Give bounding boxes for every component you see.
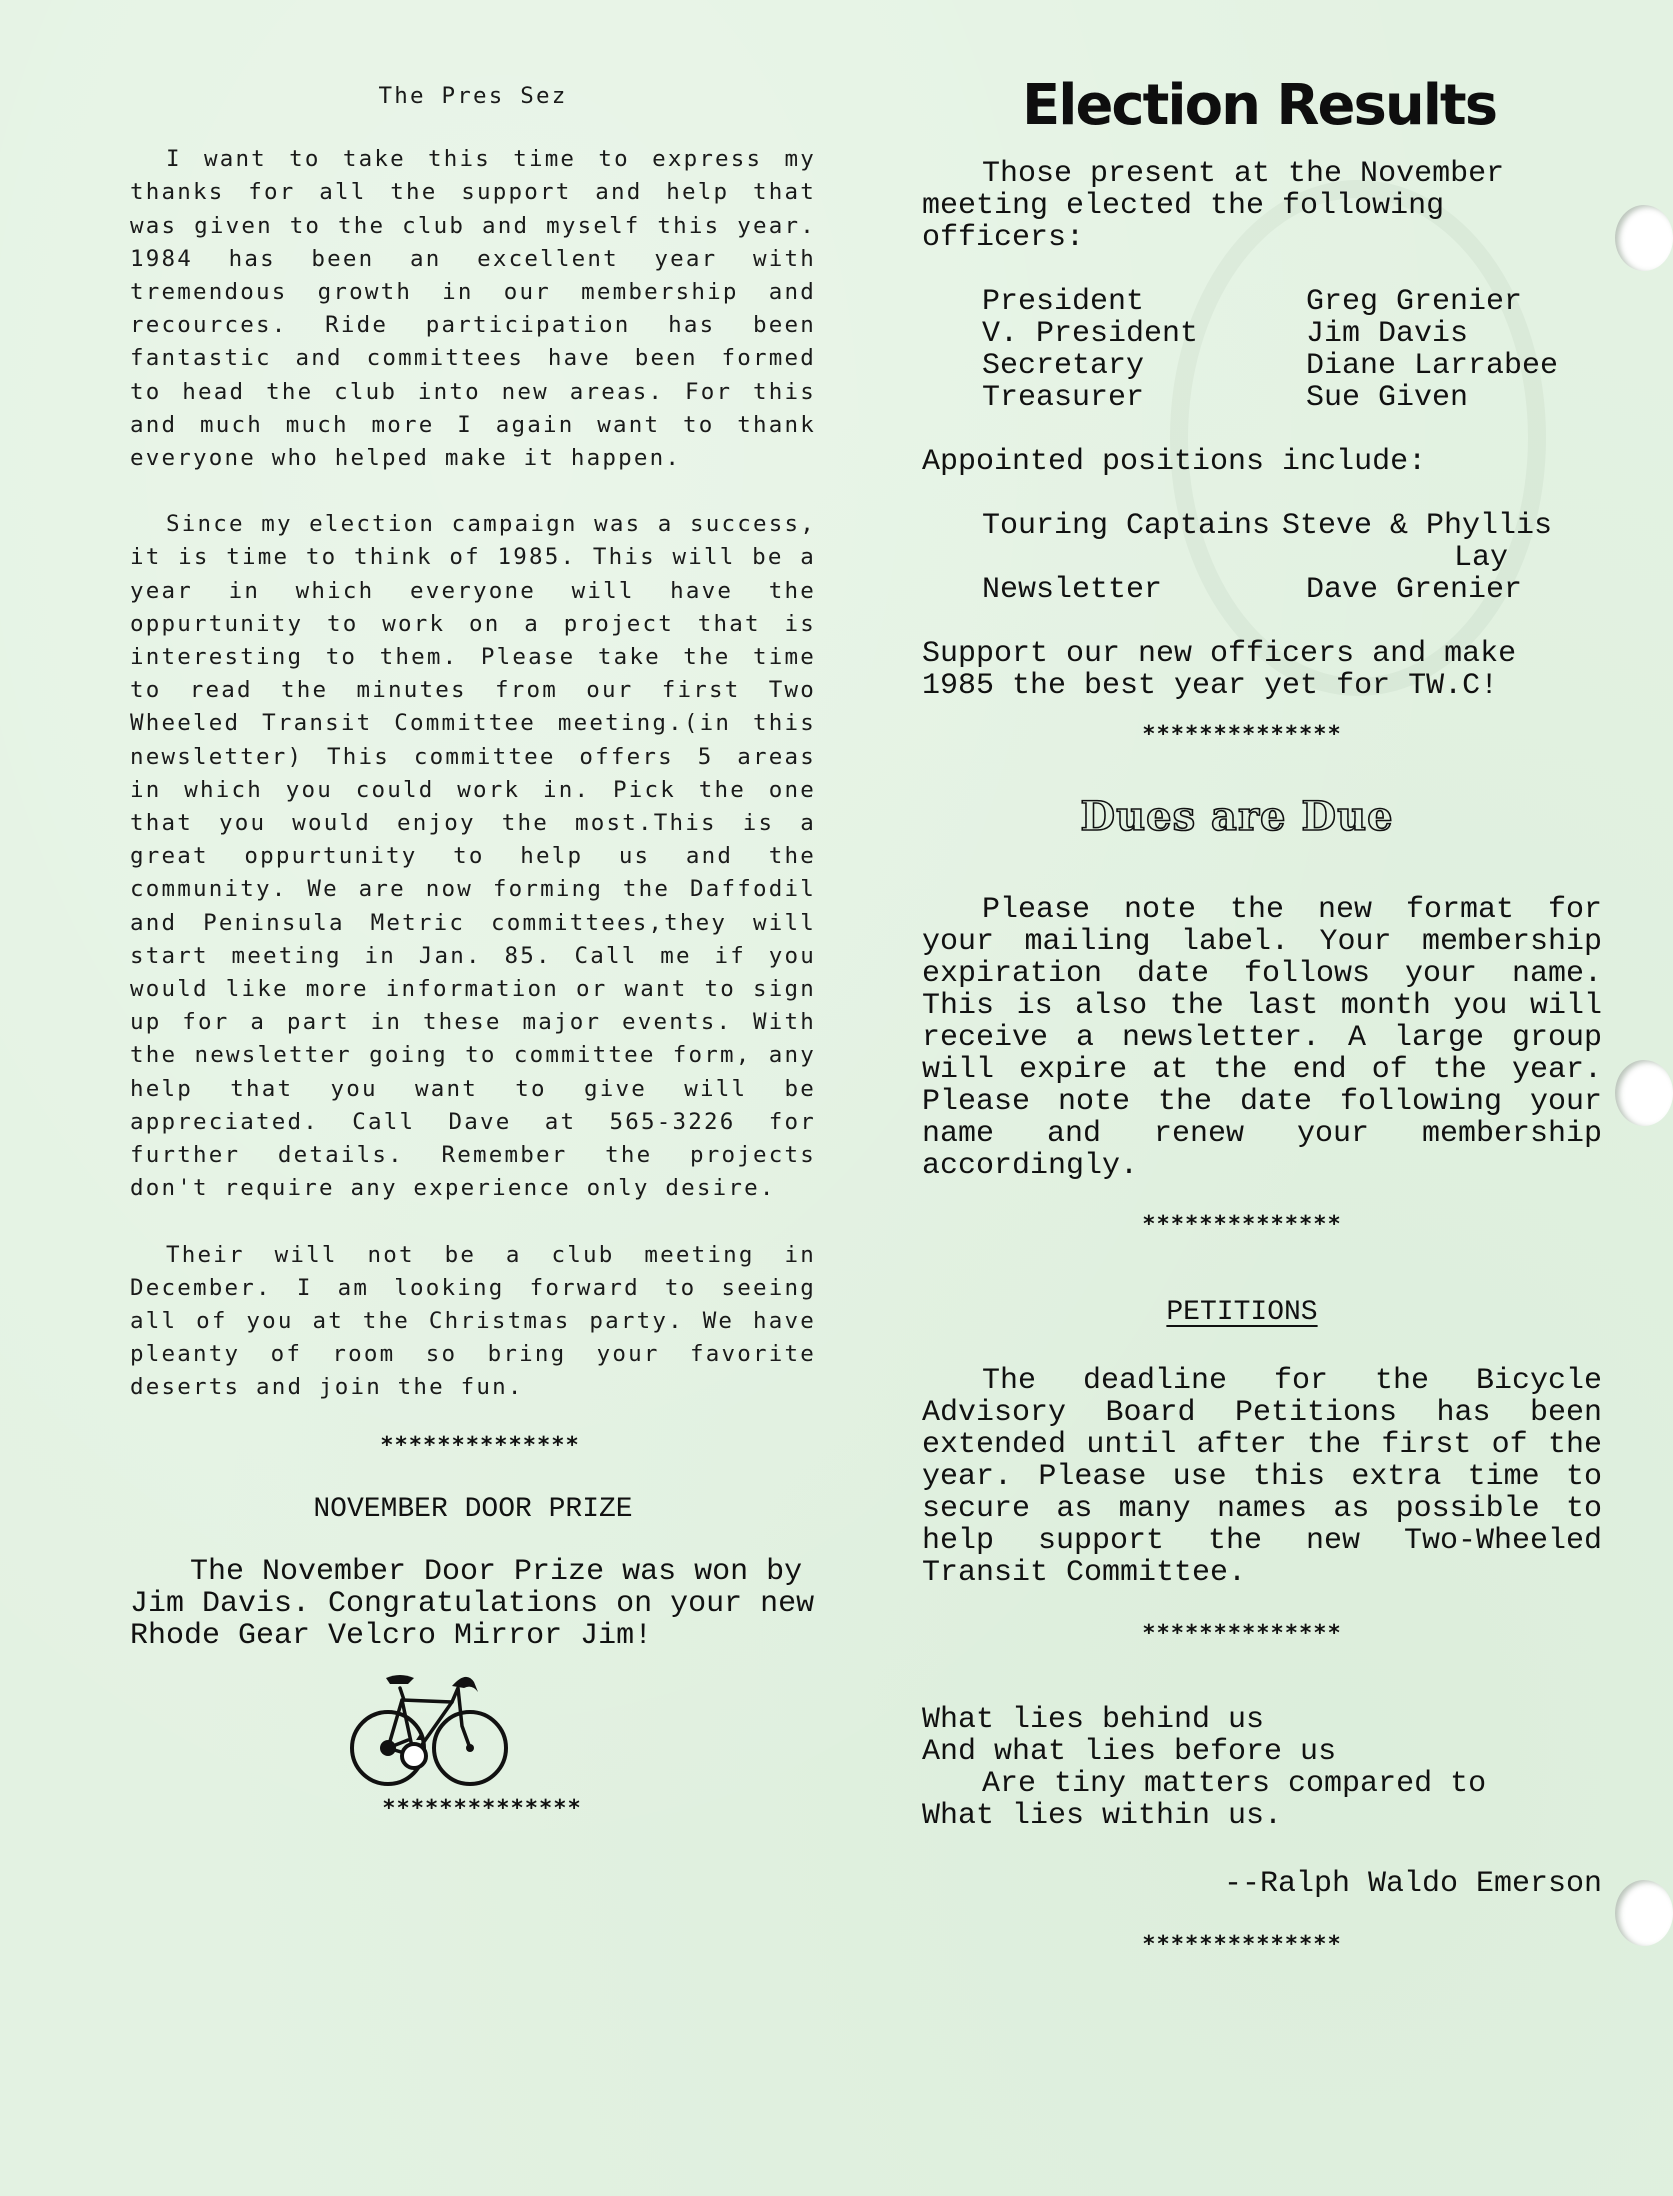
appointed-role: Newsletter (982, 574, 1282, 606)
dues-title: Dues are Due (922, 793, 1622, 840)
separator: ************** (130, 1796, 816, 1821)
officer-row: TreasurerSue Given (982, 382, 1558, 414)
officer-role: Secretary (982, 350, 1282, 382)
officer-row: SecretaryDiane Larrabee (982, 350, 1558, 382)
quote-line: Are tiny matters compared to (922, 1768, 1622, 1800)
officers-table: PresidentGreg GrenierV. PresidentJim Dav… (982, 286, 1558, 414)
petitions-text: The deadline for the Bicycle Advisory Bo… (922, 1365, 1622, 1589)
quote-line: What lies within us. (922, 1800, 1622, 1832)
newsletter-page: The Pres Sez I want to take this time to… (0, 0, 1673, 2196)
pres-paragraph-3: Their will not be a club meeting in Dece… (130, 1239, 816, 1405)
dues-text: Please note the new format for your mail… (922, 894, 1622, 1182)
officer-name: Diane Larrabee (1282, 350, 1558, 382)
door-prize-title: NOVEMBER DOOR PRIZE (130, 1494, 816, 1526)
right-column: Election Results Those present at the No… (922, 74, 1622, 1957)
left-column: The Pres Sez I want to take this time to… (130, 80, 816, 1821)
appointed-role: Touring Captains (982, 510, 1282, 574)
appointed-name-line: Steve & Phyllis (1282, 510, 1552, 542)
officer-name: Jim Davis (1282, 318, 1558, 350)
appointed-row: Newsletter Dave Grenier (982, 574, 1552, 606)
emerson-quote: What lies behind us And what lies before… (922, 1704, 1622, 1832)
election-results-title: Election Results (1022, 74, 1622, 138)
officer-role: V. President (982, 318, 1282, 350)
quote-line: And what lies before us (922, 1736, 1622, 1768)
punch-hole (1615, 1880, 1673, 1946)
pres-paragraph-2: Since my election campaign was a success… (130, 508, 816, 1205)
quote-line: What lies behind us (922, 1704, 1622, 1736)
separator: ************** (130, 1433, 816, 1458)
officer-name: Greg Grenier (1282, 286, 1558, 318)
pres-sez-title: The Pres Sez (130, 80, 816, 113)
petitions-title: PETITIONS (922, 1297, 1622, 1329)
quote-attribution: --Ralph Waldo Emerson (922, 1868, 1622, 1900)
appointed-heading: Appointed positions include: (922, 446, 1622, 478)
appointed-name-cont: Lay (1282, 542, 1552, 574)
officer-row: V. PresidentJim Davis (982, 318, 1558, 350)
separator: ************** (922, 1621, 1622, 1646)
officer-role: President (982, 286, 1282, 318)
officer-role: Treasurer (982, 382, 1282, 414)
bicycle-icon (348, 1660, 508, 1790)
punch-hole (1615, 1060, 1673, 1126)
separator: ************** (922, 1212, 1622, 1237)
appointed-name: Steve & Phyllis Lay (1282, 510, 1552, 574)
separator: ************** (922, 1932, 1622, 1957)
appointed-table: Touring Captains Steve & Phyllis Lay New… (982, 510, 1552, 606)
election-intro: Those present at the November meeting el… (922, 158, 1622, 254)
appointed-row: Touring Captains Steve & Phyllis Lay (982, 510, 1552, 574)
punch-hole (1615, 205, 1673, 271)
pres-paragraph-1: I want to take this time to express my t… (130, 143, 816, 475)
appointed-name: Dave Grenier (1282, 574, 1552, 606)
election-closing: Support our new officers and make 1985 t… (922, 638, 1622, 702)
officer-name: Sue Given (1282, 382, 1558, 414)
separator: ************** (922, 722, 1622, 747)
officer-row: PresidentGreg Grenier (982, 286, 1558, 318)
door-prize-text: The November Door Prize was won by Jim D… (130, 1556, 816, 1652)
